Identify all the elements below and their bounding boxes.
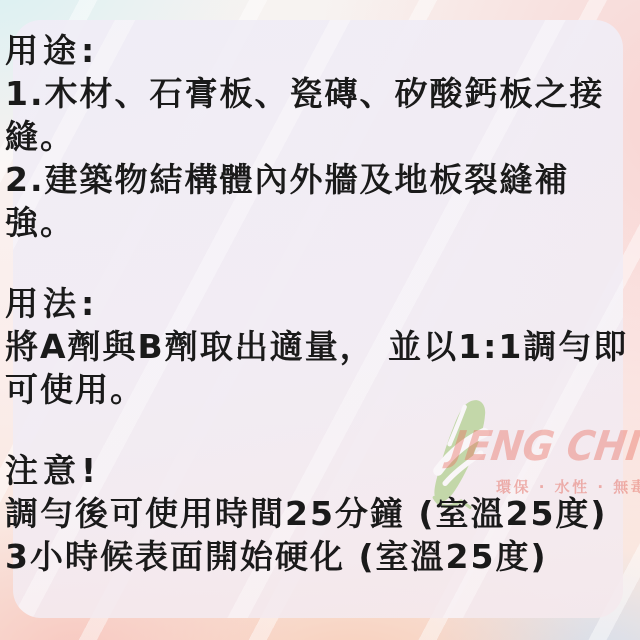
method-line-1: 將A劑與B劑取出適量， 並以1:1調勻即	[5, 325, 636, 368]
usage-heading: 用途:	[5, 29, 636, 72]
caution-line-2: 3小時候表面開始硬化 (室溫25度)	[5, 535, 636, 578]
usage-line-3: 2.建築物結構體內外牆及地板裂縫補	[5, 158, 636, 201]
method-line-2: 可使用。	[5, 368, 636, 411]
section-usage: 用途: 1.木材、石膏板、瓷磚、矽酸鈣板之接 縫。 2.建築物結構體內外牆及地板…	[5, 29, 636, 244]
usage-line-1: 1.木材、石膏板、瓷磚、矽酸鈣板之接	[5, 72, 636, 115]
usage-line-4: 強。	[5, 201, 636, 244]
section-method: 用法: 將A劑與B劑取出適量， 並以1:1調勻即 可使用。	[5, 282, 636, 411]
instructions-text: 用途: 1.木材、石膏板、瓷磚、矽酸鈣板之接 縫。 2.建築物結構體內外牆及地板…	[0, 0, 640, 640]
caution-heading: 注意!	[5, 449, 636, 492]
section-caution: 注意! 調勻後可使用時間25分鐘 (室溫25度) 3小時候表面開始硬化 (室溫2…	[5, 449, 636, 578]
method-heading: 用法:	[5, 282, 636, 325]
caution-line-1: 調勻後可使用時間25分鐘 (室溫25度)	[5, 492, 636, 535]
usage-line-2: 縫。	[5, 115, 636, 158]
